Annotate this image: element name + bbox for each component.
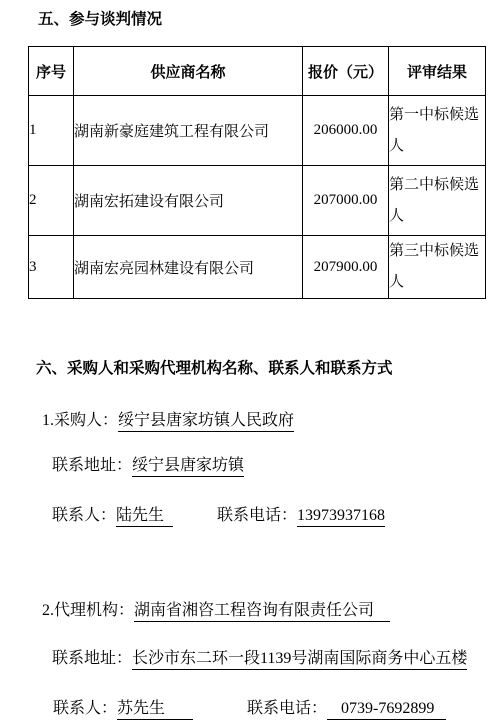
table-header-row: 序号 供应商名称 报价（元） 评审结果 [29, 47, 486, 96]
agency-contact-line: 联系人：苏先生 [53, 695, 193, 718]
purchaser-label: 1.采购人： [42, 412, 118, 429]
cell-review-result: 第三中标候选人 [389, 236, 486, 299]
agency-phone-number: 0739-7692899 [327, 700, 446, 720]
cell-serial-number: 3 [29, 236, 74, 299]
cell-price: 207000.00 [303, 166, 389, 236]
column-header-price-yuan: 报价（元） [303, 47, 389, 96]
purchaser-address-label: 联系地址： [52, 457, 132, 474]
agency-contact-label: 联系人： [53, 700, 117, 717]
column-header-review-result: 评审结果 [389, 47, 486, 96]
cell-review-result: 第一中标候选人 [389, 96, 486, 166]
table-row: 1 湖南新豪庭建筑工程有限公司 206000.00 第一中标候选人 [29, 96, 486, 166]
cell-supplier-name: 湖南新豪庭建筑工程有限公司 [74, 96, 303, 166]
cell-serial-number: 2 [29, 166, 74, 236]
purchaser-contact-line: 联系人：陆先生 [52, 502, 173, 525]
purchaser-phone-number: 13973937168 [297, 507, 385, 527]
cell-price: 207900.00 [303, 236, 389, 299]
purchaser-line: 1.采购人：绥宁县唐家坊镇人民政府 [42, 407, 294, 430]
agency-phone-line: 联系电话：0739-7692899 [247, 695, 446, 718]
agency-contact-name: 苏先生 [117, 700, 193, 720]
column-header-supplier-name: 供应商名称 [74, 47, 303, 96]
negotiation-results-table: 序号 供应商名称 报价（元） 评审结果 1 湖南新豪庭建筑工程有限公司 2060… [28, 46, 486, 299]
agency-line: 2.代理机构：湖南省湘咨工程咨询有限责任公司 [42, 597, 390, 620]
section5-heading: 五、参与谈判情况 [38, 7, 162, 29]
agency-phone-label: 联系电话： [247, 700, 327, 717]
cell-price: 206000.00 [303, 96, 389, 166]
purchaser-phone-line: 联系电话：13973937168 [217, 502, 385, 525]
agency-address-label: 联系地址： [52, 650, 132, 667]
agency-label: 2.代理机构： [42, 602, 134, 619]
cell-serial-number: 1 [29, 96, 74, 166]
cell-review-result: 第二中标候选人 [389, 166, 486, 236]
cell-supplier-name: 湖南宏拓建设有限公司 [74, 166, 303, 236]
purchaser-address-line: 联系地址：绥宁县唐家坊镇 [52, 452, 244, 475]
agency-address-line: 联系地址：长沙市东二环一段1139号湖南国际商务中心五楼 [52, 645, 467, 668]
cell-supplier-name: 湖南宏亮园林建设有限公司 [74, 236, 303, 299]
purchaser-address-value: 绥宁县唐家坊镇 [132, 457, 244, 477]
section6-heading: 六、采购人和采购代理机构名称、联系人和联系方式 [36, 356, 393, 378]
agency-name: 湖南省湘咨工程咨询有限责任公司 [134, 602, 390, 622]
column-header-serial-number: 序号 [29, 47, 74, 96]
agency-address-value: 长沙市东二环一段1139号湖南国际商务中心五楼 [132, 650, 467, 670]
purchaser-contact-name: 陆先生 [116, 507, 173, 527]
table-row: 2 湖南宏拓建设有限公司 207000.00 第二中标候选人 [29, 166, 486, 236]
purchaser-contact-label: 联系人： [52, 507, 116, 524]
table-row: 3 湖南宏亮园林建设有限公司 207900.00 第三中标候选人 [29, 236, 486, 299]
purchaser-name: 绥宁县唐家坊镇人民政府 [118, 412, 294, 432]
purchaser-phone-label: 联系电话： [217, 507, 297, 524]
document-page: 五、参与谈判情况 序号 供应商名称 报价（元） 评审结果 1 湖南新豪庭建筑工程… [0, 0, 494, 726]
